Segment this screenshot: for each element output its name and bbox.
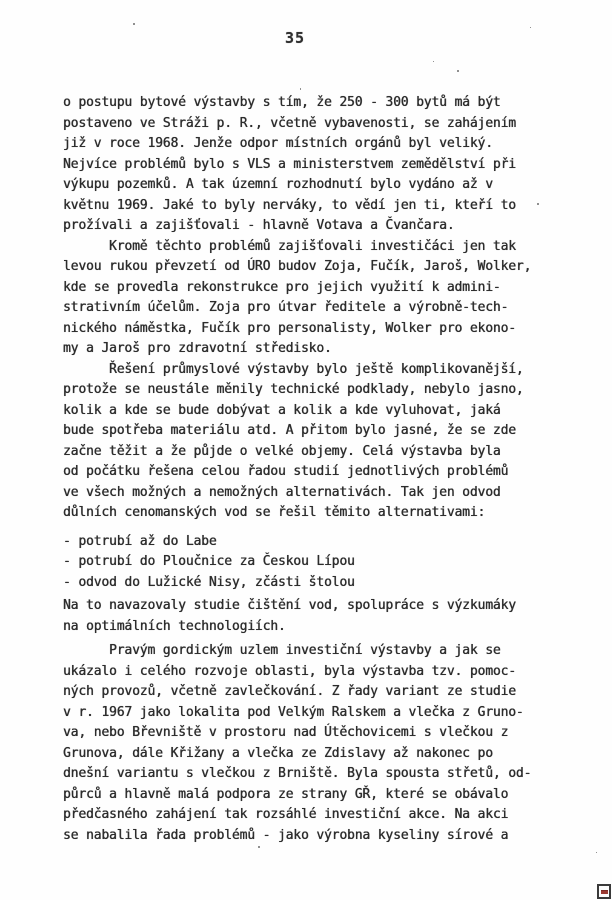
text-line: začne těžit a že půjde o velké objemy. C… [63, 442, 547, 463]
text-line: va, nebo Břevniště v prostoru nad Útěcho… [63, 723, 547, 744]
scan-speck [433, 61, 434, 62]
paragraph: Na to navazovaly studie čištění vod, spo… [63, 596, 547, 637]
scan-speck [530, 27, 531, 28]
text-line: ukázalo i celého rozvoje oblasti, byla v… [63, 662, 547, 683]
list-item: - potrubí do Ploučnice za Českou Lípou [63, 552, 547, 573]
text-line: již v roce 1968. Jenže odpor místních or… [63, 134, 547, 155]
list-item: - potrubí až do Labe [63, 532, 547, 553]
text-line: ve všech možných a nemožných alternativá… [63, 483, 547, 504]
text-line: nického náměstka, Fučík pro personalisty… [63, 319, 547, 340]
text-line: Grunova, dále Křižany a vlečka ze Zdisla… [63, 744, 547, 765]
text-line: bude spotřeba materiálu atd. A přitom by… [63, 421, 547, 442]
scan-speck [457, 70, 459, 72]
scanned-document-page: 35 o postupu bytové výstavby s tím, že 2… [0, 0, 612, 900]
paragraph: Pravým gordickým uzlem investiční výstav… [63, 641, 547, 846]
paragraph: Kromě těchto problémů zajišťovali invest… [63, 237, 547, 360]
text-line: Řešení průmyslové výstavby bylo ještě ko… [63, 360, 547, 381]
text-line: Pravým gordickým uzlem investiční výstav… [63, 641, 547, 662]
text-line: výkupu pozemků. A tak územní rozhodnutí … [63, 175, 547, 196]
text-line: postaveno ve Stráži p. R., včetně vybave… [63, 114, 547, 135]
scan-speck [300, 88, 301, 90]
text-line: na optimálních technologiích. [63, 617, 547, 638]
scan-speck [133, 23, 135, 25]
text-line: protože se neustále měnily technické pod… [63, 380, 547, 401]
text-line: o postupu bytové výstavby s tím, že 250 … [63, 93, 547, 114]
paragraph: o postupu bytové výstavby s tím, že 250 … [63, 93, 547, 237]
paragraph: Řešení průmyslové výstavby bylo ještě ko… [63, 360, 547, 524]
text-line: půrců a hlavně malá podpora ze strany GŘ… [63, 785, 547, 806]
text-line: ných provozů, včetně zavlečkování. Z řad… [63, 682, 547, 703]
text-line: kde se provedla rekonstrukce pro jejich … [63, 278, 547, 299]
document-body: o postupu bytové výstavby s tím, že 250 … [63, 93, 547, 846]
text-line: levou rukou převzetí od ÚRO budov Zoja, … [63, 257, 547, 278]
object-marker-bar [601, 890, 608, 894]
text-line: Na to navazovaly studie čištění vod, spo… [63, 596, 547, 617]
list-item: - odvod do Lužické Nisy, zčásti štolou [63, 573, 547, 594]
scan-speck [596, 852, 597, 853]
text-line: v r. 1967 jako lokalita pod Velkým Ralsk… [63, 703, 547, 724]
text-line: od počátku řešena celou řadou studií jed… [63, 462, 547, 483]
text-line: my a Jaroš pro zdravotní středisko. [63, 339, 547, 360]
page-number: 35 [0, 29, 590, 47]
text-line: Kromě těchto problémů zajišťovali invest… [63, 237, 547, 258]
text-line: květnu 1969. Jaké to byly nerváky, to vě… [63, 196, 547, 217]
object-marker-icon [597, 884, 611, 899]
text-line: strativním účelům. Zoja pro útvar ředite… [63, 298, 547, 319]
scan-speck [537, 203, 539, 205]
text-line: dnešní variantu s vlečkou z Brniště. Byl… [63, 764, 547, 785]
text-line: prožívali a zajišťovali - hlavně Votava … [63, 216, 547, 237]
text-line: Nejvíce problémů bylo s VLS a ministerst… [63, 155, 547, 176]
alternatives-list: - potrubí až do Labe- potrubí do Ploučni… [63, 532, 547, 594]
text-line: předčasného zahájení tak rozsáhlé invest… [63, 805, 547, 826]
text-line: se nabalila řada problémů - jako výrobna… [63, 826, 547, 847]
scan-speck [258, 846, 260, 848]
text-line: kolik a kde se bude dobývat a kolik a kd… [63, 401, 547, 422]
text-line: důlních cenomanských vod se řešil těmito… [63, 503, 547, 524]
